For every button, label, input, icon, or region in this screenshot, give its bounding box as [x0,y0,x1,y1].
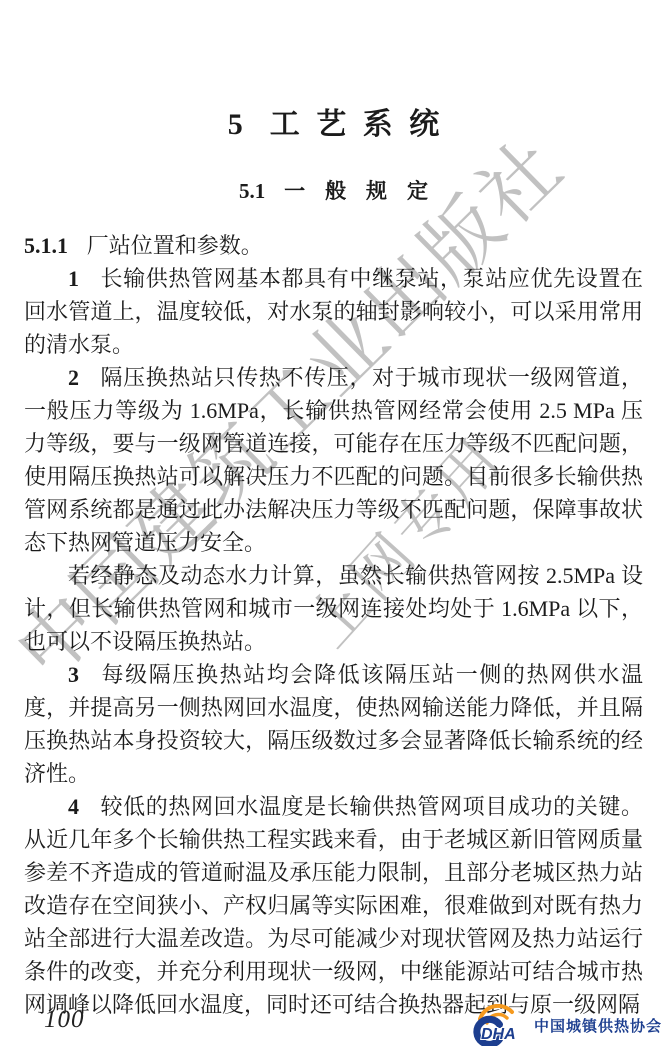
paragraph-2: 2隔压换热站只传热不传压，对于城市现状一级网管道，一般压力等级为 1.6MPa，… [24,361,643,559]
clause-number: 5.1.1 [24,233,68,258]
paragraph-2-continuation: 若经静态及动态水力计算，虽然长输供热管网按 2.5MPa 设计，但长输供热管网和… [24,559,643,658]
paragraph-1: 1长输供热管网基本都具有中继泵站，泵站应优先设置在回水管道上，温度较低，对水泵的… [24,262,643,361]
clause-line: 5.1.1厂站位置和参数。 [24,229,643,262]
document-page: 中国建筑工业出版社 上网专用 5工艺系统 5.1一般规定 5.1.1厂站位置和参… [0,0,667,1058]
paragraph-text: 每级隔压换热站均会降低该隔压站一侧的热网供水温度，并提高另一侧热网回水温度，使热… [24,662,643,786]
item-number: 4 [68,794,79,819]
page-content: 5工艺系统 5.1一般规定 5.1.1厂站位置和参数。 1长输供热管网基本都具有… [0,0,667,1021]
chapter-title-text: 工艺系统 [270,108,456,141]
item-number: 3 [68,662,79,687]
section-heading: 5.1一般规定 [24,179,643,203]
paragraph-4: 4较低的热网回水温度是长输供热管网项目成功的关键。从近几年多个长输供热工程实践来… [24,790,643,1021]
body-text: 5.1.1厂站位置和参数。 1长输供热管网基本都具有中继泵站，泵站应优先设置在回… [24,229,643,1021]
section-number: 5.1 [239,179,265,203]
chapter-title: 5工艺系统 [24,0,643,142]
paragraph-3: 3每级隔压换热站均会降低该隔压站一侧的热网供水温度，并提高另一侧热网回水温度，使… [24,658,643,790]
item-number: 2 [68,365,79,390]
paragraph-text: 若经静态及动态水力计算，虽然长输供热管网按 2.5MPa 设计，但长输供热管网和… [24,563,643,654]
association-name: 中国城镇供热协会 [534,1015,662,1036]
dha-acronym: DHA [481,1026,516,1043]
chapter-number: 5 [228,108,243,141]
item-number: 1 [68,266,79,291]
association-logo: DHA 中国城镇供热协会 [469,1004,662,1046]
paragraph-text: 隔压换热站只传热不传压，对于城市现状一级网管道，一般压力等级为 1.6MPa，长… [24,365,643,555]
page-number: 100 [44,1006,85,1034]
paragraph-text: 较低的热网回水温度是长输供热管网项目成功的关键。从近几年多个长输供热工程实践来看… [24,794,643,1017]
paragraph-text: 长输供热管网基本都具有中继泵站，泵站应优先设置在回水管道上，温度较低，对水泵的轴… [24,266,643,357]
dha-logo-mark: DHA [469,1004,529,1046]
section-heading-text: 一般规定 [284,179,448,203]
clause-title: 厂站位置和参数。 [87,233,263,258]
